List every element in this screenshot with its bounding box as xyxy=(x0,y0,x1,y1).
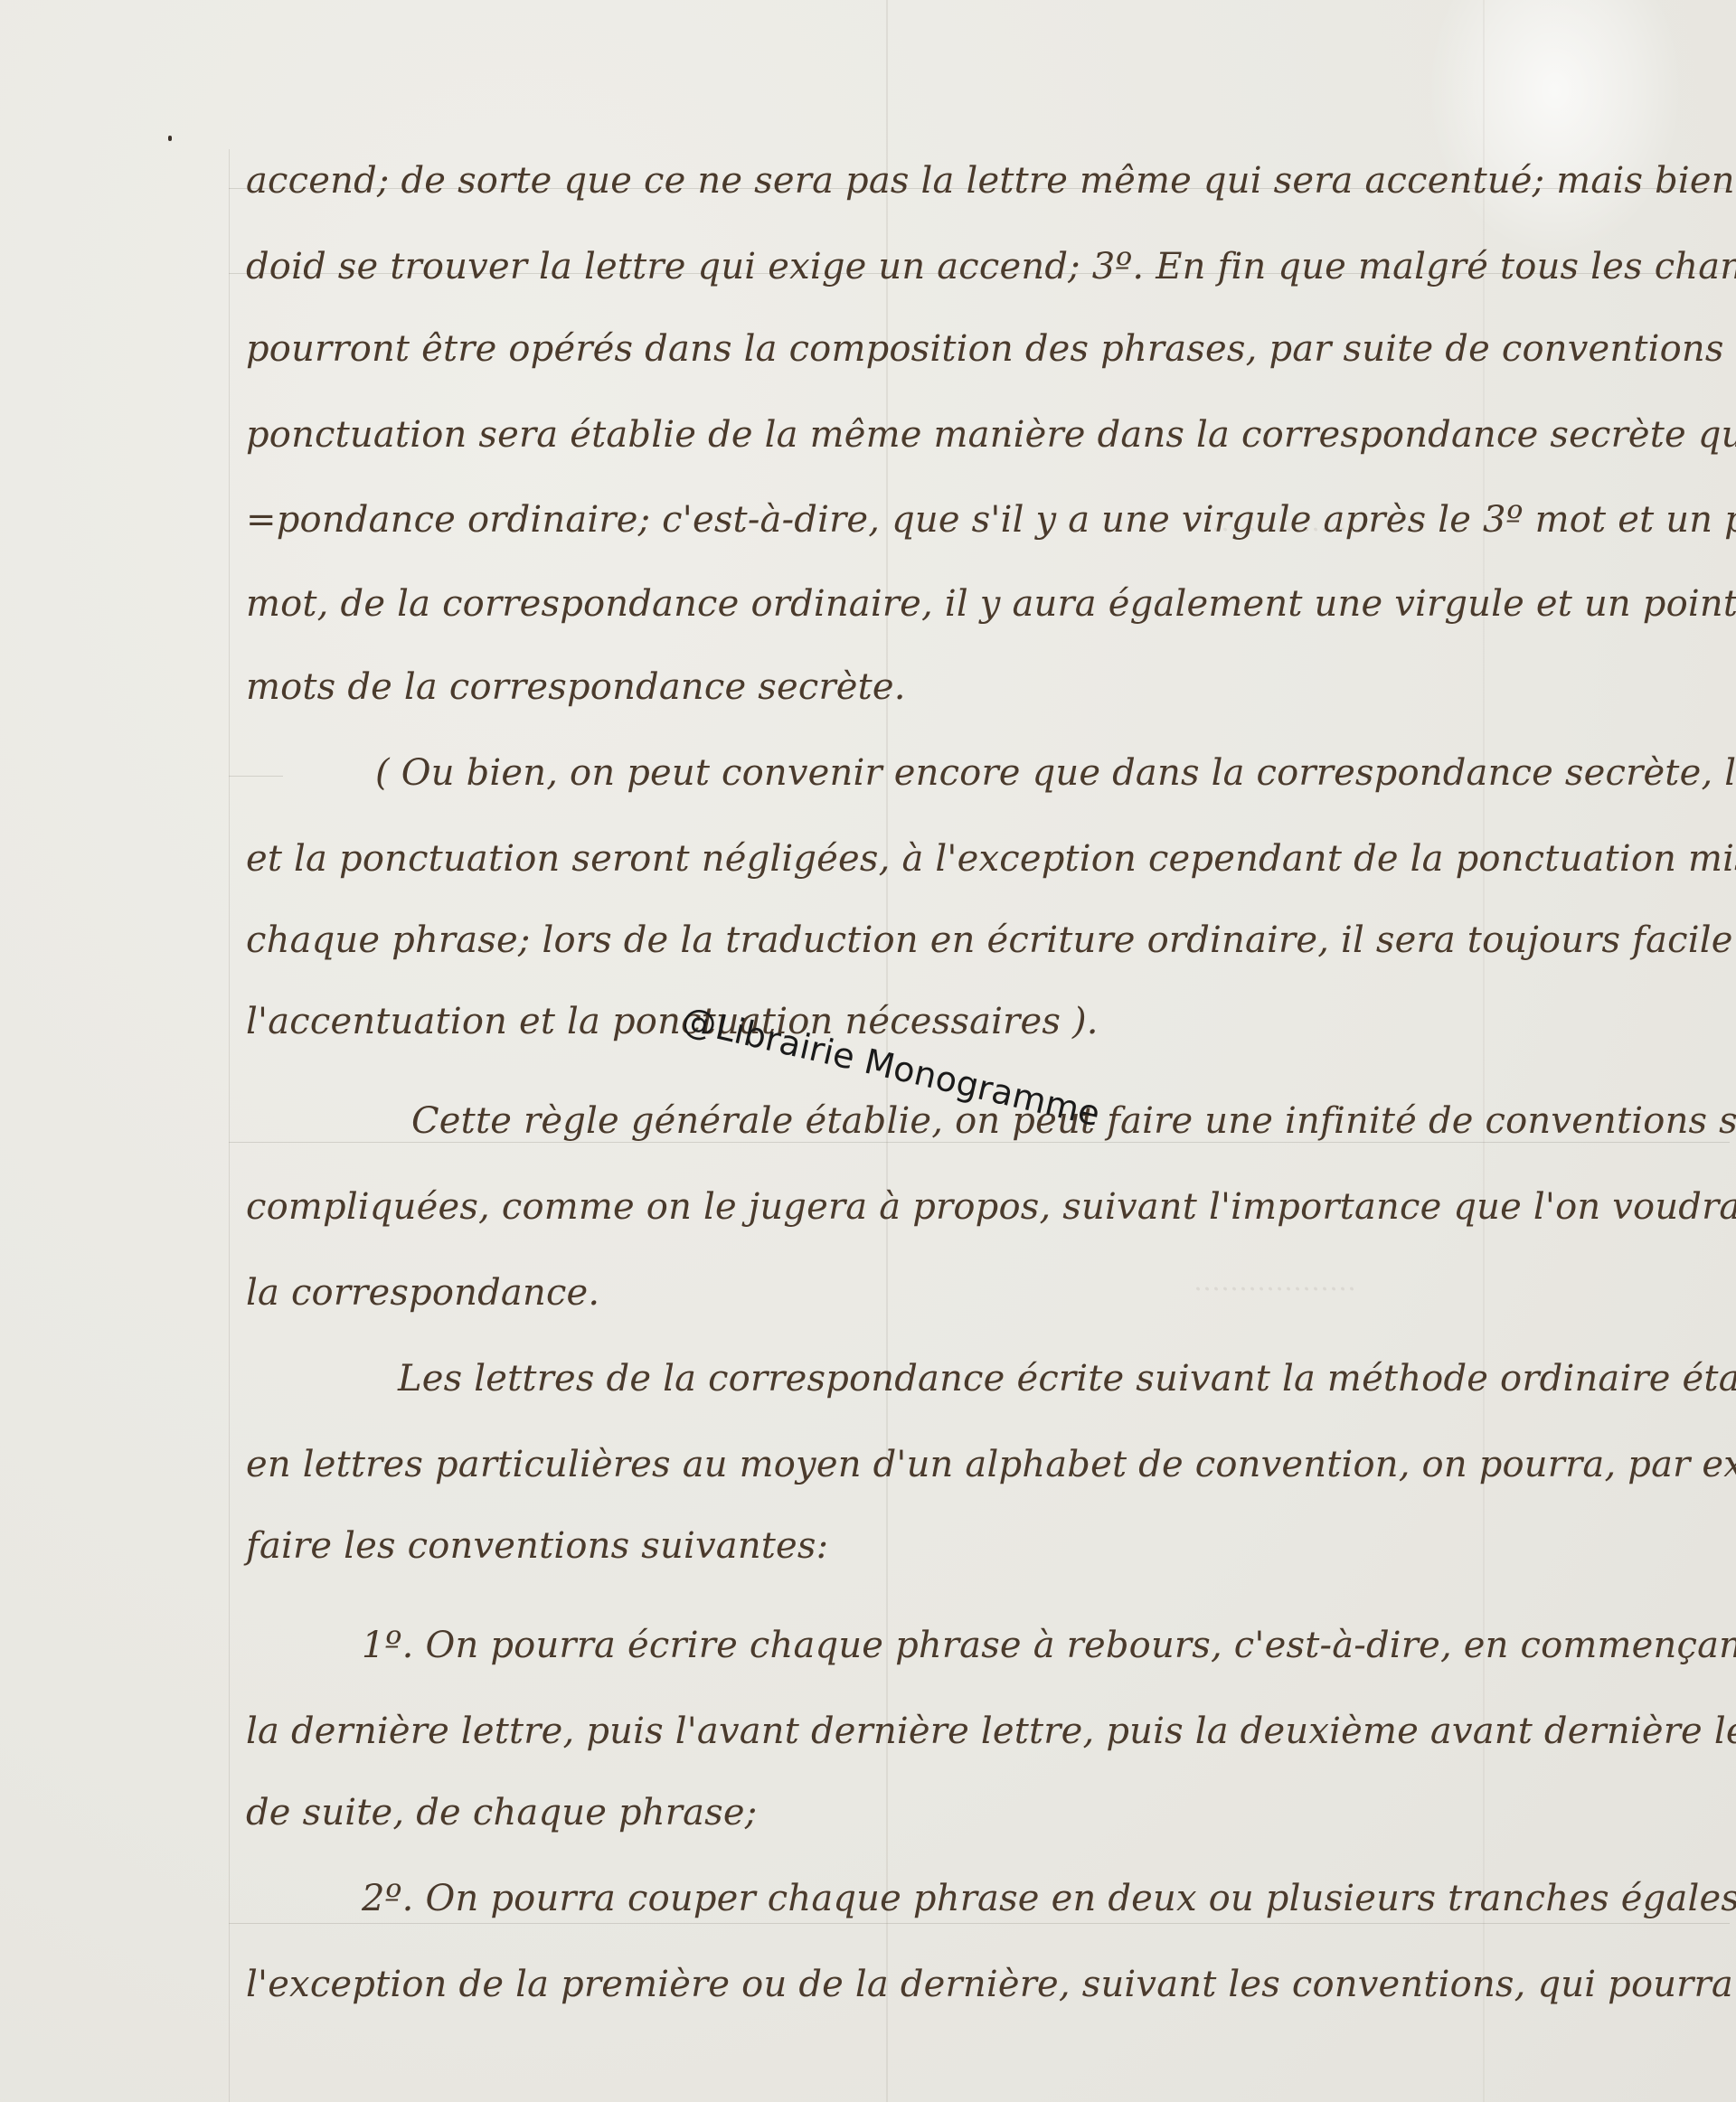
ink-speck xyxy=(168,136,172,141)
manuscript-line: 2º. On pourra couper chaque phrase en de… xyxy=(362,1880,1736,1917)
manuscript-line: 1º. On pourra écrire chaque phrase à reb… xyxy=(362,1627,1736,1664)
manuscript-line: la dernière lettre, puis l'avant dernièr… xyxy=(246,1713,1736,1749)
manuscript-line: ponctuation sera établie de la même mani… xyxy=(246,417,1736,453)
manuscript-line: ( Ou bien, on peut convenir encore que d… xyxy=(375,755,1736,791)
manuscript-line: mot, de la correspondance ordinaire, il … xyxy=(246,586,1736,622)
manuscript-line: en lettres particulières au moyen d'un a… xyxy=(246,1447,1736,1483)
ruled-line xyxy=(229,1923,1730,1924)
paper-fold-crease xyxy=(1483,0,1485,2102)
manuscript-page: ……………… ……………… accend; de sorte que ce ne… xyxy=(0,0,1736,2102)
manuscript-line: mots de la correspondance secrète. xyxy=(246,669,906,705)
manuscript-line: =pondance ordinaire; c'est-à-dire, que s… xyxy=(246,502,1736,538)
manuscript-line: la correspondance. xyxy=(246,1275,599,1311)
manuscript-line: doid se trouver la lettre qui exige un a… xyxy=(246,249,1736,285)
manuscript-line: l'accentuation et la ponctuation nécessa… xyxy=(246,1004,1099,1040)
manuscript-line: pourront être opérés dans la composition… xyxy=(246,331,1736,367)
manuscript-line: de suite, de chaque phrase; xyxy=(246,1795,757,1831)
manuscript-line: chaque phrase; lors de la traduction en … xyxy=(246,922,1736,958)
ruled-line xyxy=(229,1142,1730,1143)
manuscript-line: Les lettres de la correspondance écrite … xyxy=(398,1361,1736,1397)
manuscript-line: accend; de sorte que ce ne sera pas la l… xyxy=(246,163,1736,199)
bleed-through-text: ……………… xyxy=(1193,1266,1356,1297)
manuscript-line: l'exception de la première ou de la dern… xyxy=(246,1966,1736,2003)
manuscript-line: faire les conventions suivantes: xyxy=(246,1528,828,1564)
margin-rule xyxy=(229,149,230,2102)
manuscript-line: compliquées, comme on le jugera à propos… xyxy=(246,1189,1736,1225)
ruled-line xyxy=(229,776,283,777)
manuscript-line: et la ponctuation seront négligées, à l'… xyxy=(246,841,1736,877)
